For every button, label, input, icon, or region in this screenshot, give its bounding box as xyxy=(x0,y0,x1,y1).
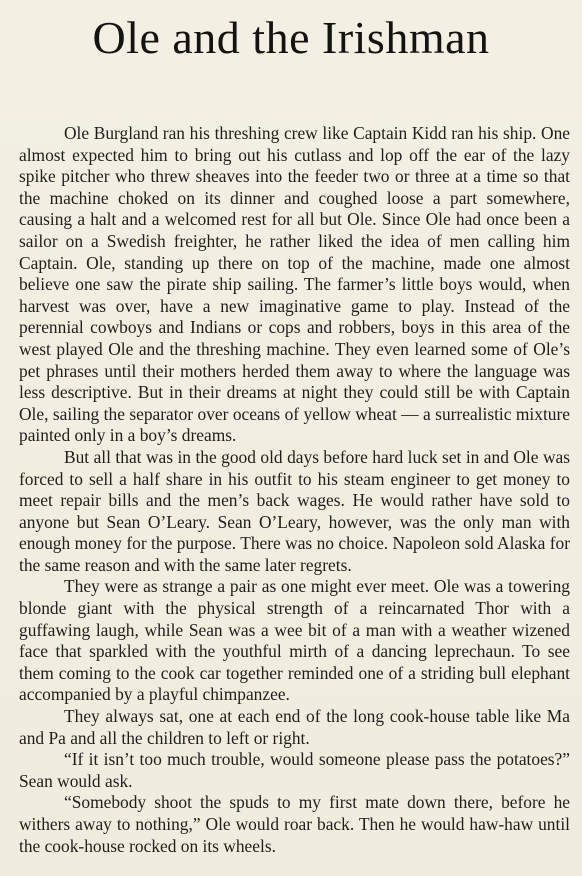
page-title: Ole and the Irishman xyxy=(0,8,582,68)
paragraph-2: But all that was in the good old days be… xyxy=(19,447,570,577)
book-page: Ole and the Irishman Ole Burgland ran hi… xyxy=(0,0,582,876)
paragraph-4: They always sat, one at each end of the … xyxy=(19,706,570,749)
paragraph-1: Ole Burgland ran his threshing crew like… xyxy=(19,123,570,447)
story-body: Ole Burgland ran his threshing crew like… xyxy=(19,123,570,857)
paragraph-5: “If it isn’t too much trouble, would som… xyxy=(19,749,570,792)
paragraph-3: They were as strange a pair as one might… xyxy=(19,576,570,706)
paragraph-6: “Somebody shoot the spuds to my first ma… xyxy=(19,792,570,857)
